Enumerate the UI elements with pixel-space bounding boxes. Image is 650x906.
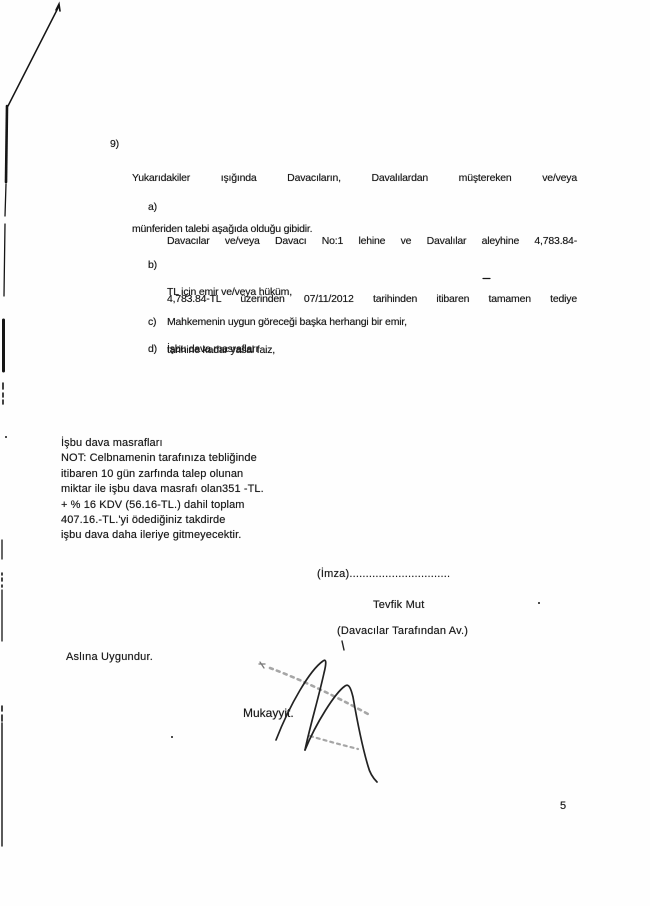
item-marker: c) [148,314,167,331]
note-line: itibaren 10 gün zarfında talep olunan [61,467,311,482]
sub-item-c: c) Mahkemenin uygun göreceği başka herha… [148,314,577,331]
sub-item-d: d) İşbu dava masrafları [148,341,577,358]
signatory-name: Tevfik Mut [373,599,425,611]
document-page: 9) Yukarıdakiler ışığında Davacıların, D… [0,0,650,906]
note-line: miktar ile işbu dava masrafı olan351 -TL… [61,482,311,497]
note-line: işbu dava daha ileriye gitmeyecektir. [61,528,311,543]
sub-item-c-text: Mahkemenin uygun göreceği başka herhangi… [167,314,577,331]
item-marker: d) [148,341,167,358]
note-line: İşbu dava masrafları [61,436,311,451]
page-number: 5 [560,800,566,812]
note-line: NOT: Celbnamenin tarafınıza tebliğinde [61,451,311,466]
sub-item-d-text: İşbu dava masrafları [167,341,577,358]
note-line: + % 16 KDV (56.16-TL.) dahil toplam [61,498,311,513]
aslina-uygundur-label: Aslına Uygundur. [66,651,153,663]
sub-item-a-line-1: Davacılar ve/veya Davacı No:1 lehine ve … [167,233,577,250]
item-marker: 9) [110,136,132,272]
sub-item-b-line-1: 4,783.84-TL üzerinden 07/11/2012 tarihin… [167,291,577,308]
costs-note-block: İşbu dava masrafları NOT: Celbnamenin ta… [61,436,311,544]
note-line: 407.16.-TL.'yi ödediğiniz takdirde [61,513,311,528]
signatory-role: (Davacılar Tarafından Av.) [337,625,468,637]
clerk-label: Mukayyit. [243,706,294,720]
imza-dotted-line: (İmza)............................... [317,568,450,580]
scanned-legal-document: { "document": { "item9": { "marker": "9)… [0,0,650,906]
item-9-line-1: Yukarıdakiler ışığında Davacıların, Dava… [132,170,577,187]
